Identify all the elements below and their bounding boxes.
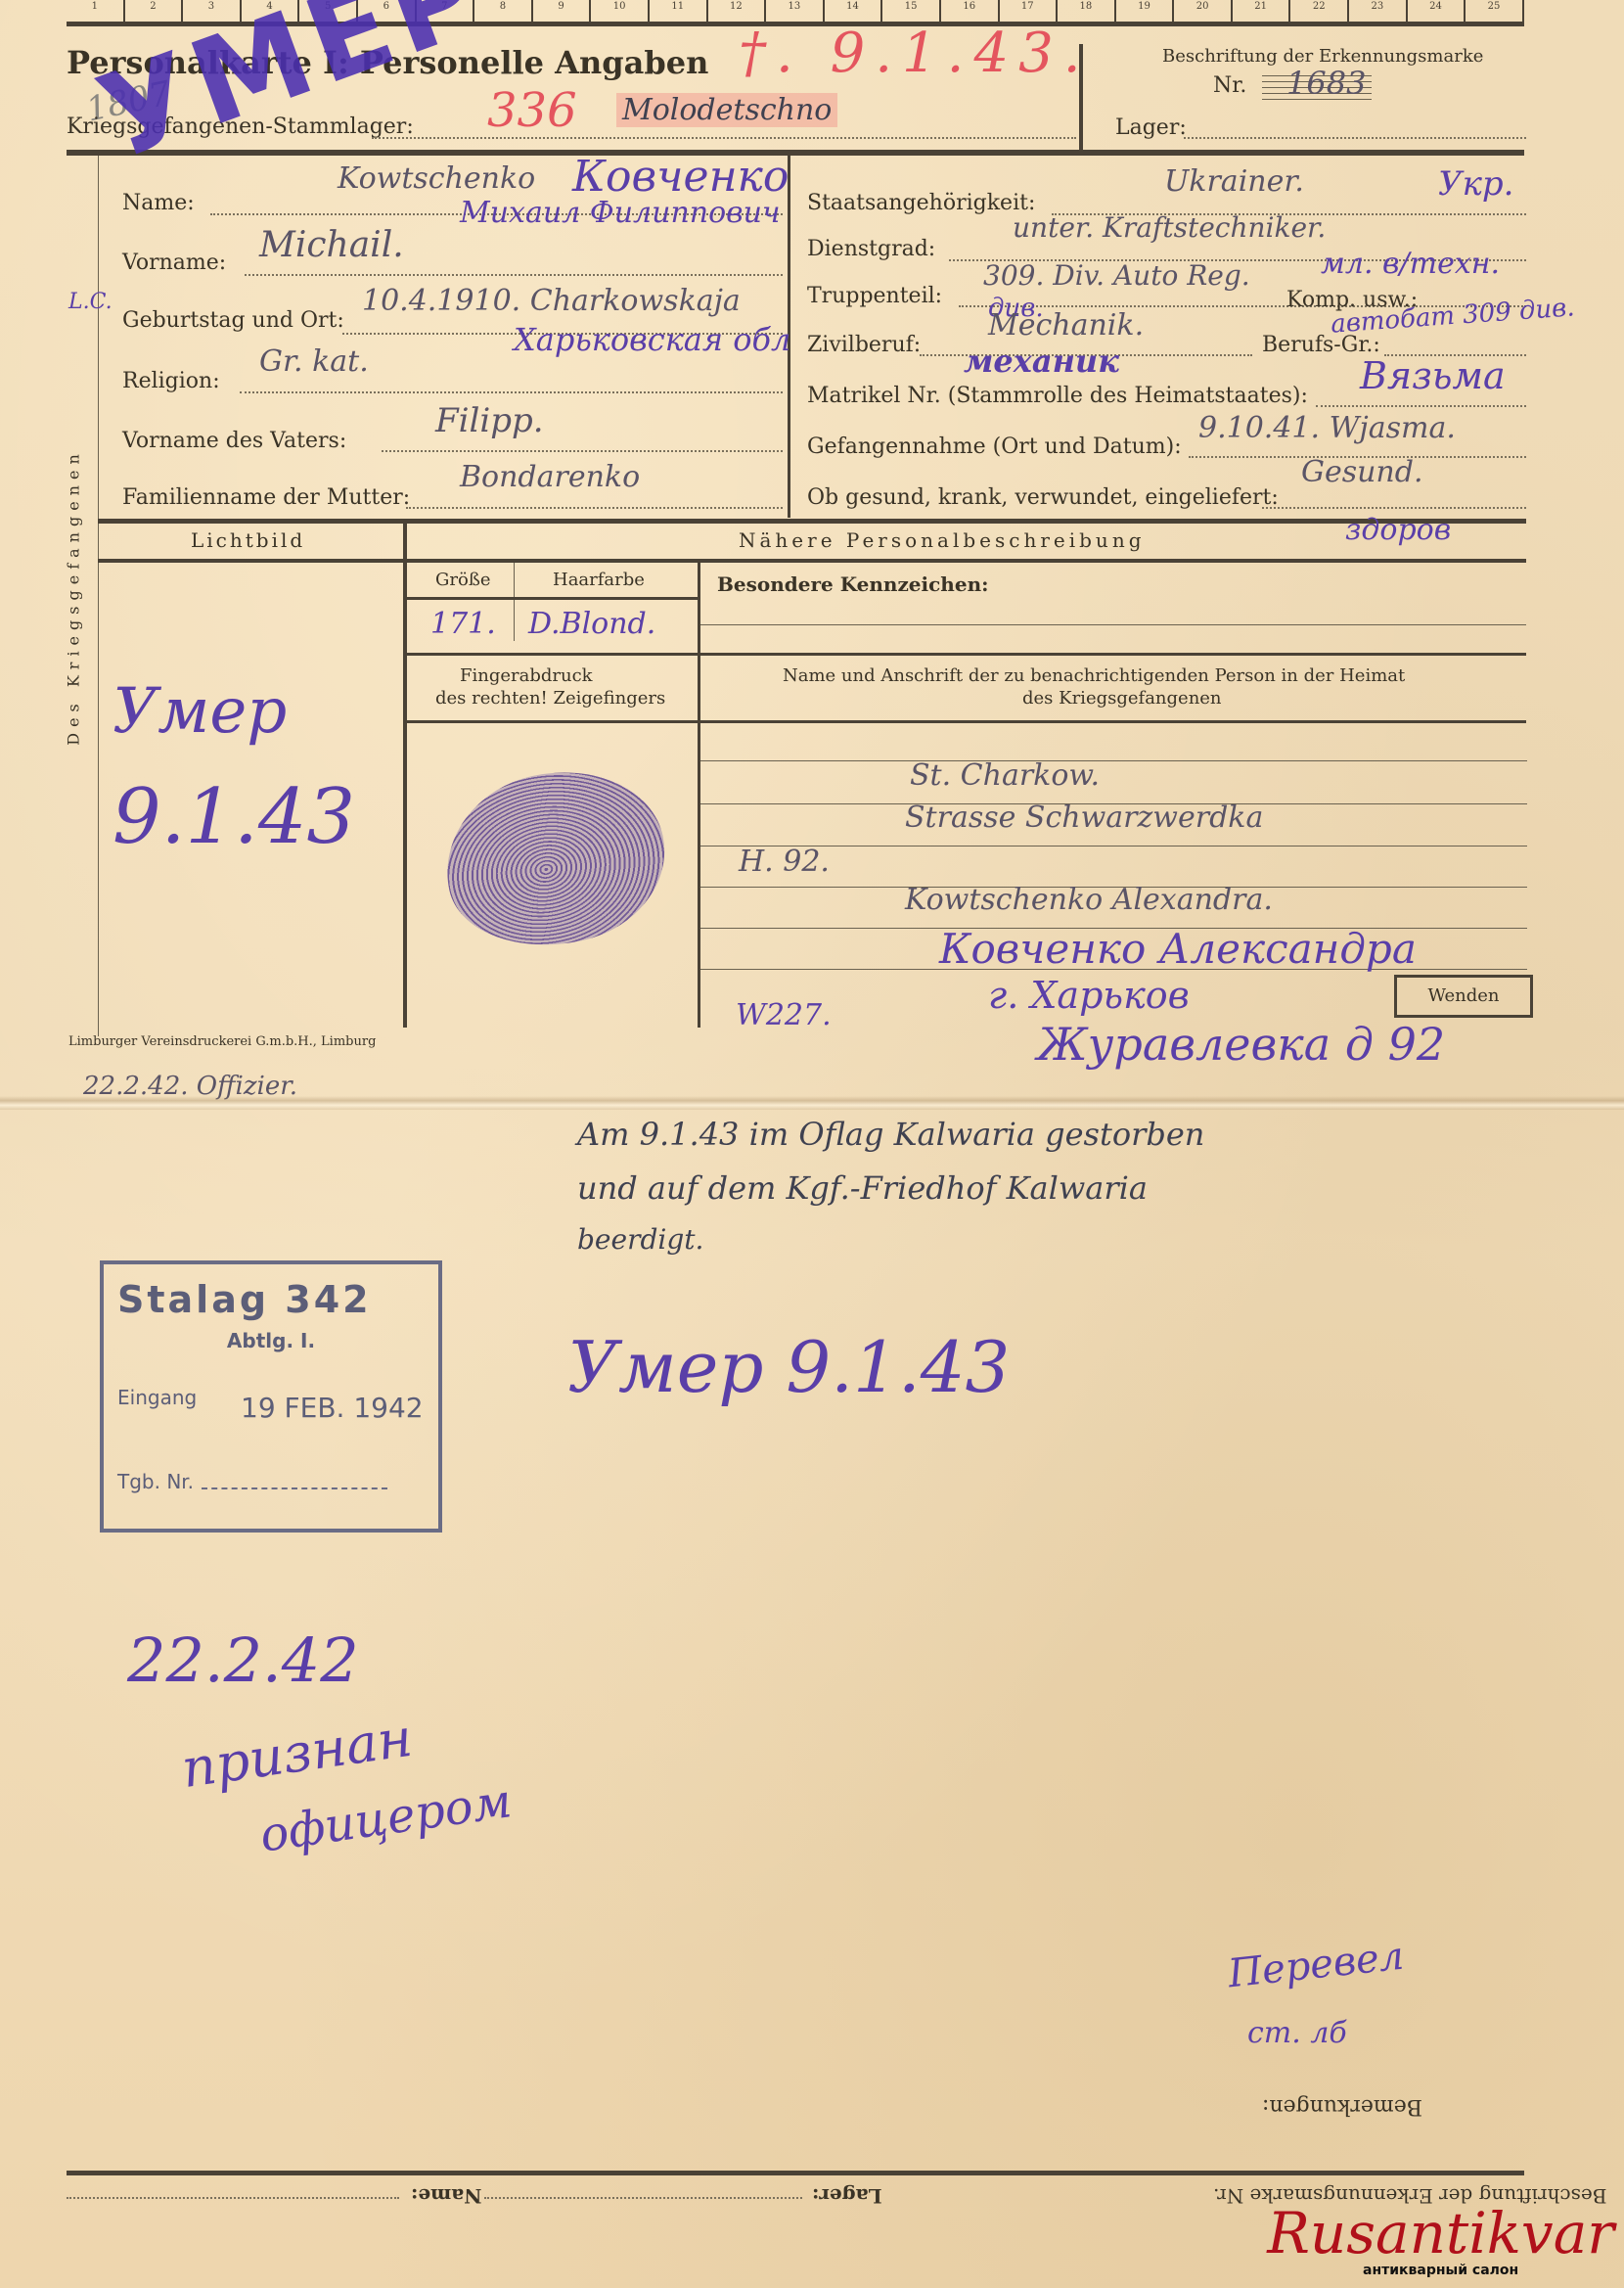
vorname-label: Vorname:: [122, 251, 226, 275]
staat-value-cyrillic: Укр.: [1438, 164, 1513, 204]
column-number: 24: [1408, 0, 1466, 22]
header-divider: [1079, 44, 1083, 152]
wenden-box: Wenden: [1394, 975, 1533, 1018]
date-note: 22.2.42: [127, 1624, 359, 1696]
header-rule: [67, 150, 1524, 156]
column-number: 21: [1233, 0, 1291, 22]
column-number: 12: [708, 0, 767, 22]
column-number: 13: [766, 0, 825, 22]
death-note-line-1: Am 9.1.43 im Oflag Kalwaria gestorben: [577, 1116, 1204, 1153]
contact-line-1: [700, 760, 1527, 761]
kennzeichen-label: Besondere Kennzeichen:: [717, 572, 989, 596]
bottom-rule: [67, 2171, 1524, 2175]
description-divider: [698, 563, 700, 1028]
printer-imprint: Limburger Vereinsdruckerei G.m.b.H., Lim…: [68, 1034, 376, 1049]
staat-label: Staatsangehörigkeit:: [807, 191, 1035, 215]
dienstgrad-value-cyrillic: мл. в/техн.: [1321, 247, 1500, 281]
contact-heading-1: Name und Anschrift der zu benachrichtige…: [783, 665, 1405, 686]
death-note-line-3: beerdigt.: [577, 1223, 703, 1256]
vertical-label-text: Des Kriegsgefangenen: [65, 448, 83, 746]
watermark: Rusantikvar антикварный салон: [1267, 2204, 1614, 2278]
card-fold: [0, 1096, 1624, 1110]
column-number: 1: [67, 0, 125, 22]
vater-line: [382, 450, 783, 452]
photo-note-date: 9.1.43: [113, 773, 355, 861]
column-number: 14: [825, 0, 883, 22]
personal-bottom-rule: [98, 519, 1526, 524]
left-margin-line: [98, 156, 99, 1036]
death-red-mark: †. 9.1.43.: [739, 22, 1091, 85]
column-number: 23: [1349, 0, 1408, 22]
stalag-stamp-sub: Abtlg. I.: [104, 1329, 438, 1352]
gefangen-label: Gefangennahme (Ort und Datum):: [807, 435, 1182, 459]
geburt-label: Geburtstag und Ort:: [122, 308, 344, 333]
groesse-label: Größe: [435, 570, 491, 590]
column-number: 18: [1058, 0, 1116, 22]
column-number: 9: [533, 0, 592, 22]
gesund-value-cyrillic: здоров: [1345, 513, 1451, 547]
column-number: 22: [1290, 0, 1349, 22]
column-number: 20: [1174, 0, 1233, 22]
death-note-line-2: und auf dem Kgf.-Friedhof Kalwaria: [577, 1169, 1148, 1207]
stammlager-value: 336: [487, 83, 577, 138]
column-number: 10: [591, 0, 650, 22]
haarfarbe-value: D.Blond.: [528, 607, 655, 641]
contact-side-note: W227.: [736, 998, 832, 1032]
vorname-value-cyrillic: Михаил Филиппович: [460, 196, 781, 230]
stammlager-place: Molodetschno: [616, 93, 837, 127]
column-number: 11: [650, 0, 708, 22]
stalag-stamp-tgb-label: Tgb. Nr.: [117, 1470, 194, 1493]
stalag-stamp: Stalag 342 Abtlg. I. Eingang 19 FEB. 194…: [100, 1260, 442, 1533]
contact-line-name: Kowtschenko Alexandra.: [905, 883, 1273, 917]
finger-rule: [406, 720, 1526, 723]
contact-line-name-cyrillic: Ковченко Александра: [939, 925, 1417, 973]
contact-heading-2: des Kriegsgefangenen: [1022, 688, 1222, 709]
religion-value: Gr. kat.: [259, 344, 369, 379]
dienstgrad-value: unter. Kraftstechniker.: [1013, 211, 1326, 244]
name-value-latin: Kowtschenko: [338, 161, 535, 196]
haarfarbe-label: Haarfarbe: [553, 570, 645, 590]
stalag-stamp-date: 19 FEB. 1942: [241, 1392, 424, 1424]
name-value-cyrillic: Ковченко: [572, 152, 789, 202]
naehere-label: Nähere Personalbeschreibung: [739, 528, 1146, 552]
kennzeichen-rule: [406, 653, 1526, 656]
vertical-label: Des Kriegsgefangenen: [59, 431, 88, 763]
signature-line-2: ст. лб: [1247, 2016, 1347, 2050]
truppenteil-value: 309. Div. Auto Reg.: [983, 259, 1250, 292]
truppenteil-label: Truppenteil:: [807, 284, 942, 308]
zivilberuf-value-cyrillic: механик: [964, 343, 1119, 380]
vorname-value-latin: Michail.: [259, 225, 404, 265]
staat-value: Ukrainer.: [1164, 164, 1304, 199]
stammlager-line: [372, 137, 1076, 139]
bottom-name-line: [67, 2197, 399, 2199]
finger-label-2: des rechten! Zeigefingers: [435, 688, 665, 709]
stalag-stamp-eingang-label: Eingang: [117, 1386, 197, 1409]
gesund-value: Gesund.: [1301, 455, 1423, 489]
gefangen-value: 9.10.41. Wjasma.: [1198, 411, 1456, 445]
umer-note-back: Умер 9.1.43: [567, 1326, 1010, 1408]
contact-line-street-cyrillic: Журавлевка д 92: [1037, 1018, 1445, 1071]
vorname-line: [245, 274, 783, 276]
size-divider: [514, 563, 515, 641]
photo-divider: [403, 519, 407, 1028]
erkennungsmarke-nr-value: 1683: [1286, 65, 1366, 102]
bottom-name-label: Name:: [411, 2184, 482, 2208]
zivilberuf-label: Zivilberuf:: [807, 333, 921, 357]
religion-label: Religion:: [122, 369, 220, 393]
mutter-label: Familienname der Mutter:: [122, 485, 410, 510]
contact-line-house: H. 92.: [739, 845, 830, 879]
matrikel-line: [1316, 405, 1526, 407]
vater-label: Vorname des Vaters:: [122, 429, 346, 453]
matrikel-value-cyrillic: Вязьма: [1360, 354, 1506, 397]
column-number: 2: [125, 0, 184, 22]
name-label: Name:: [122, 191, 195, 215]
photo-note-umer: Умер: [113, 675, 287, 748]
column-number: 25: [1466, 0, 1524, 22]
stalag-stamp-tgb-line: [202, 1487, 387, 1489]
column-number: 19: [1116, 0, 1175, 22]
lager-label: Lager:: [1115, 115, 1187, 140]
dienstgrad-label: Dienstgrad:: [807, 237, 935, 261]
mutter-value: Bondarenko: [460, 460, 640, 494]
zivilberuf-value: Mechanik.: [988, 308, 1144, 343]
geburt-value: 10.4.1910. Charkowskaja: [362, 284, 741, 318]
marginal-mark: L.C.: [68, 290, 113, 314]
kennzeichen-line: [700, 624, 1526, 625]
religion-line: [240, 391, 783, 393]
erkennungsmarke-nr-label: Nr.: [1213, 73, 1246, 98]
watermark-brand: Rusantikvar: [1267, 2204, 1614, 2263]
vater-value: Filipp.: [435, 401, 544, 440]
column-number: 17: [1000, 0, 1059, 22]
contact-line-street: Strasse Schwarzwerdka: [905, 801, 1263, 835]
erkennungsmarke-heading: Beschriftung der Erkennungsmarke: [1162, 46, 1483, 67]
bemerkungen-label: Bemerkungen:: [1262, 2094, 1422, 2119]
mutter-line: [406, 507, 783, 509]
matrikel-label: Matrikel Nr. (Stammrolle des Heimatstaat…: [807, 384, 1308, 408]
gesund-label: Ob gesund, krank, verwundet, eingeliefer…: [807, 485, 1279, 510]
groesse-value: 171.: [430, 607, 496, 641]
column-number: 15: [882, 0, 941, 22]
lager-line: [1184, 137, 1526, 139]
column-number: 16: [941, 0, 1000, 22]
section-rule: [98, 559, 1526, 563]
bottom-lager-line: [484, 2197, 802, 2199]
contact-line-city-cyrillic: г. Харьков: [988, 974, 1190, 1017]
geburt-value-cyrillic: Харьковская обл: [514, 321, 790, 358]
lichtbild-label: Lichtbild: [191, 528, 305, 552]
bottom-lager-label: Lager:: [812, 2184, 882, 2208]
contact-line-city: St. Charkow.: [910, 758, 1100, 793]
size-header-rule: [406, 597, 698, 600]
stalag-stamp-title: Stalag 342: [117, 1278, 372, 1321]
gesund-line: [1262, 507, 1526, 509]
finger-label-1: Fingerabdruck: [460, 665, 593, 686]
